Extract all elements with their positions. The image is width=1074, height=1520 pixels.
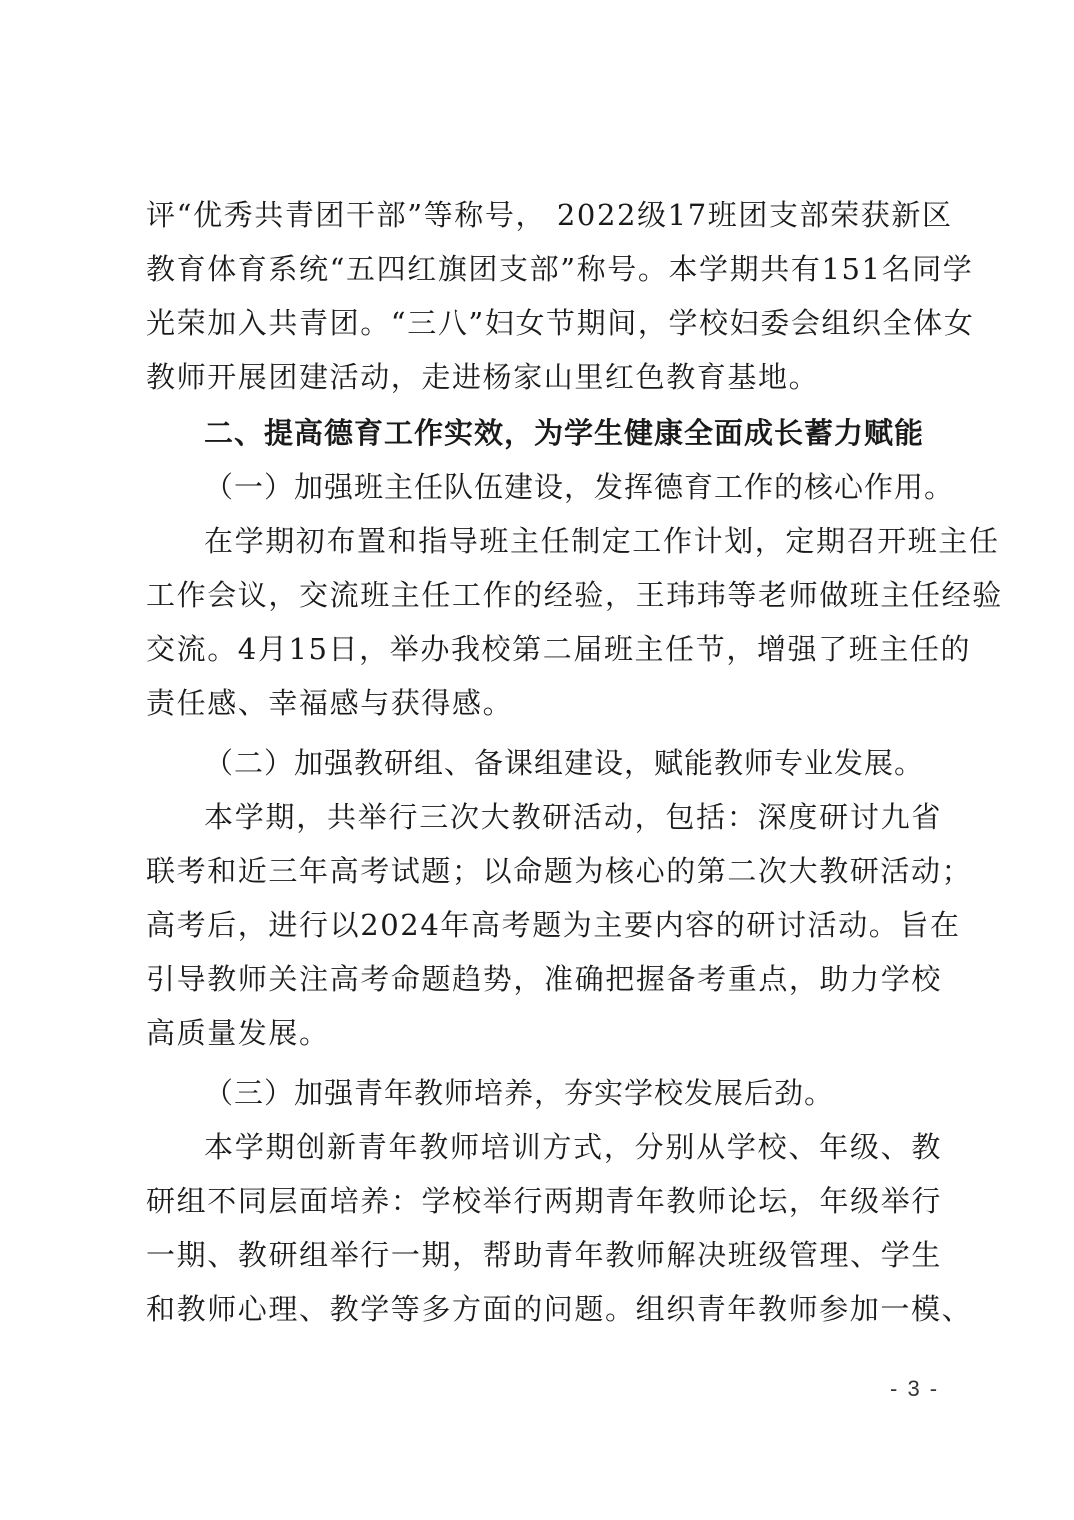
- text-line: 在学期初布置和指导班主任制定工作计划，定期召开班主任: [146, 514, 942, 568]
- subsection-1: （一）加强班主任队伍建设，发挥德育工作的核心作用。 在学期初布置和指导班主任制定…: [146, 460, 942, 730]
- subsection-heading: （三）加强青年教师培养，夯实学校发展后劲。: [146, 1066, 942, 1120]
- text-line: 引导教师关注高考命题趋势，准确把握备考重点，助力学校: [146, 952, 942, 1006]
- text-line: 责任感、幸福感与获得感。: [146, 676, 942, 730]
- text-line: 光荣加入共青团。“三八”妇女节期间，学校妇委会组织全体女: [146, 296, 942, 350]
- subsection-heading: （二）加强教研组、备课组建设，赋能教师专业发展。: [146, 736, 942, 790]
- text-line: 评“优秀共青团干部”等称号， 2022级17班团支部荣获新区: [146, 188, 942, 242]
- text-line: 本学期创新青年教师培训方式，分别从学校、年级、教: [146, 1120, 942, 1174]
- text-line: 高考后，进行以2024年高考题为主要内容的研讨活动。旨在: [146, 898, 942, 952]
- text-line: 工作会议，交流班主任工作的经验，王玮玮等老师做班主任经验: [146, 568, 942, 622]
- text-line: 联考和近三年高考试题；以命题为核心的第二次大教研活动；: [146, 844, 942, 898]
- subsection-heading: （一）加强班主任队伍建设，发挥德育工作的核心作用。: [146, 460, 942, 514]
- section-heading: 二、提高德育工作实效，为学生健康全面成长蓄力赋能: [146, 406, 942, 460]
- text-line: 教育体育系统“五四红旗团支部”称号。本学期共有151名同学: [146, 242, 942, 296]
- text-line: 和教师心理、教学等多方面的问题。组织青年教师参加一模、: [146, 1282, 942, 1336]
- subsection-2: （二）加强教研组、备课组建设，赋能教师专业发展。 本学期，共举行三次大教研活动，…: [146, 736, 942, 1060]
- text-line: 交流。4月15日，举办我校第二届班主任节，增强了班主任的: [146, 622, 942, 676]
- page-number: - 3 -: [890, 1376, 939, 1402]
- text-line: 一期、教研组举行一期，帮助青年教师解决班级管理、学生: [146, 1228, 942, 1282]
- subsection-3: （三）加强青年教师培养，夯实学校发展后劲。 本学期创新青年教师培训方式，分别从学…: [146, 1066, 942, 1336]
- text-line: 教师开展团建活动，走进杨家山里红色教育基地。: [146, 350, 942, 404]
- document-page: 评“优秀共青团干部”等称号， 2022级17班团支部荣获新区 教育体育系统“五四…: [146, 188, 942, 1336]
- intro-paragraph: 评“优秀共青团干部”等称号， 2022级17班团支部荣获新区 教育体育系统“五四…: [146, 188, 942, 404]
- text-line: 本学期，共举行三次大教研活动，包括：深度研讨九省: [146, 790, 942, 844]
- text-line: 高质量发展。: [146, 1006, 942, 1060]
- text-line: 研组不同层面培养：学校举行两期青年教师论坛，年级举行: [146, 1174, 942, 1228]
